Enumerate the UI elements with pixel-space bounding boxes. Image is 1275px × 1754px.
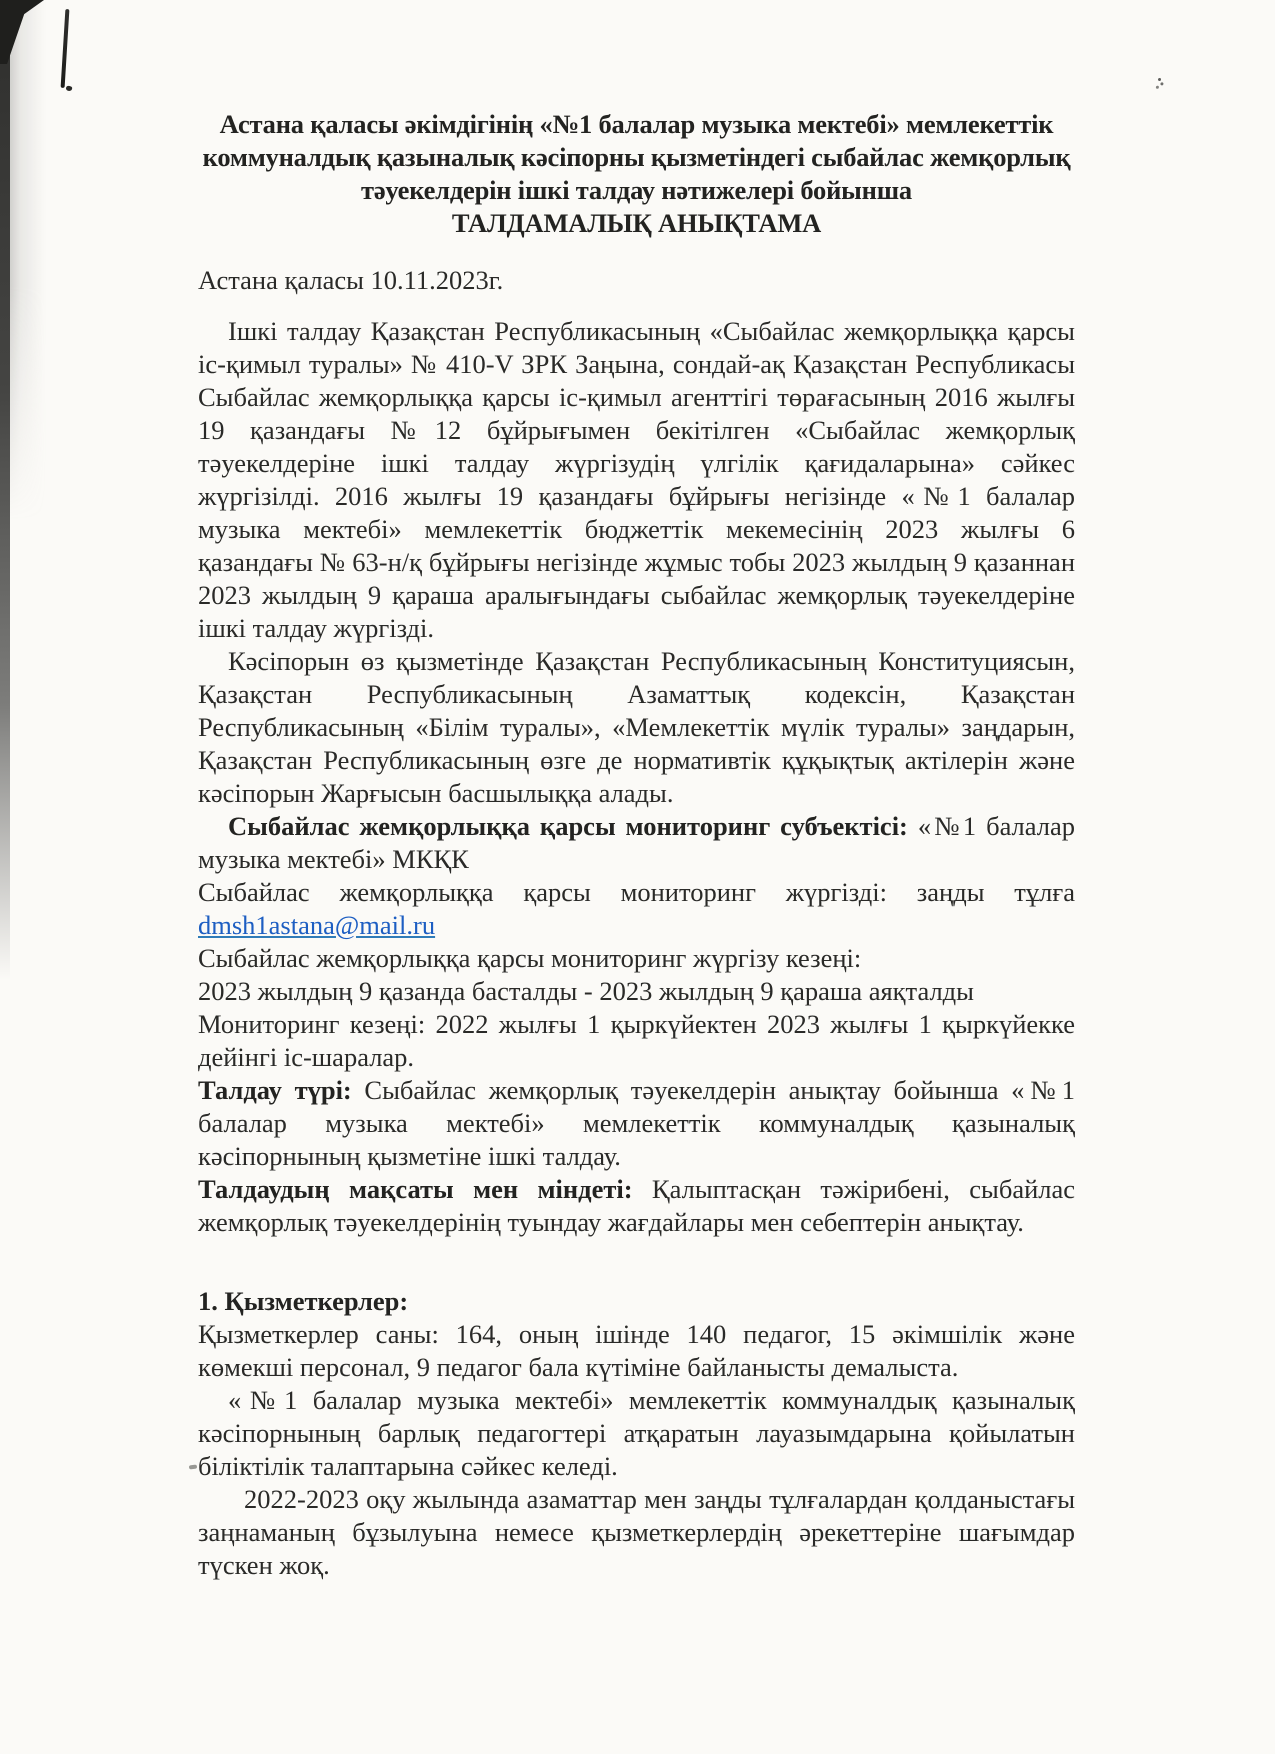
- title-line-1: Астана қаласы әкімдігінің «№1 балалар му…: [198, 108, 1075, 141]
- monitoring-subject-label: Сыбайлас жемқорлыққа қарсы мониторинг су…: [228, 811, 908, 841]
- paragraph-staff-count: Қызметкерлер саны: 164, оның ішінде 140 …: [198, 1318, 1075, 1384]
- document-body: Ішкі талдау Қазақстан Республикасының «С…: [198, 315, 1075, 1582]
- scanned-document-page: { "page": { "background": "#fbfaf7", "te…: [0, 0, 1275, 1754]
- paragraph-analysis-type: Талдау түрі: Сыбайлас жемқорлық тәуекелд…: [198, 1074, 1075, 1173]
- paragraph-staff-complaints: 2022-2023 оқу жылында азаматтар мен заңд…: [198, 1483, 1075, 1582]
- paragraph-monitoring-by: Сыбайлас жемқорлыққа қарсы мониторинг жү…: [198, 876, 1075, 942]
- document-title: Астана қаласы әкімдігінің «№1 балалар му…: [198, 108, 1075, 240]
- paragraph-legal-basis: Кәсіпорын өз қызметінде Қазақстан Респуб…: [198, 645, 1075, 810]
- paragraph-monitoring-dates: 2023 жылдың 9 қазанда басталды - 2023 жы…: [198, 975, 1075, 1008]
- email-link[interactable]: dmsh1astana@mail.ru: [198, 910, 435, 940]
- title-line-3: тәуекелдерін ішкі талдау нәтижелері бойы…: [198, 174, 1075, 207]
- pen-stroke-tip-artifact: [65, 85, 72, 92]
- section-1-heading: 1. Қызметкерлер:: [198, 1285, 1075, 1318]
- ink-squiggle-artifact: [1158, 78, 1161, 81]
- document-content: Астана қаласы әкімдігінің «№1 балалар му…: [198, 108, 1075, 1582]
- title-line-4: ТАЛДАМАЛЫҚ АНЫҚТАМА: [198, 207, 1075, 240]
- stray-mark-artifact: [189, 1464, 197, 1469]
- scan-edge-line: [0, 0, 10, 980]
- analysis-type-label: Талдау түрі:: [198, 1075, 352, 1105]
- paragraph-monitoring-period-label: Сыбайлас жемқорлыққа қарсы мониторинг жү…: [198, 942, 1075, 975]
- monitoring-by-text: Сыбайлас жемқорлыққа қарсы мониторинг жү…: [198, 877, 1075, 907]
- paragraph-analysis-goal: Талдаудың мақсаты мен міндеті: Қалыптасқ…: [198, 1173, 1075, 1239]
- place-and-date: Астана қаласы 10.11.2023г.: [198, 264, 1075, 297]
- paragraph-staff-qualification: «№1 балалар музыка мектебі» мемлекеттік …: [198, 1384, 1075, 1483]
- analysis-goal-label: Талдаудың мақсаты мен міндеті:: [198, 1174, 633, 1204]
- paragraph-monitoring-range: Мониторинг кезеңі: 2022 жылғы 1 қыркүйек…: [198, 1008, 1075, 1074]
- paragraph-intro: Ішкі талдау Қазақстан Республикасының «С…: [198, 315, 1075, 645]
- pen-stroke-artifact: [61, 9, 70, 88]
- paragraph-monitoring-subject: Сыбайлас жемқорлыққа қарсы мониторинг су…: [198, 810, 1075, 876]
- title-line-2: коммуналдық қазыналық кәсіпорны қызметін…: [198, 141, 1075, 174]
